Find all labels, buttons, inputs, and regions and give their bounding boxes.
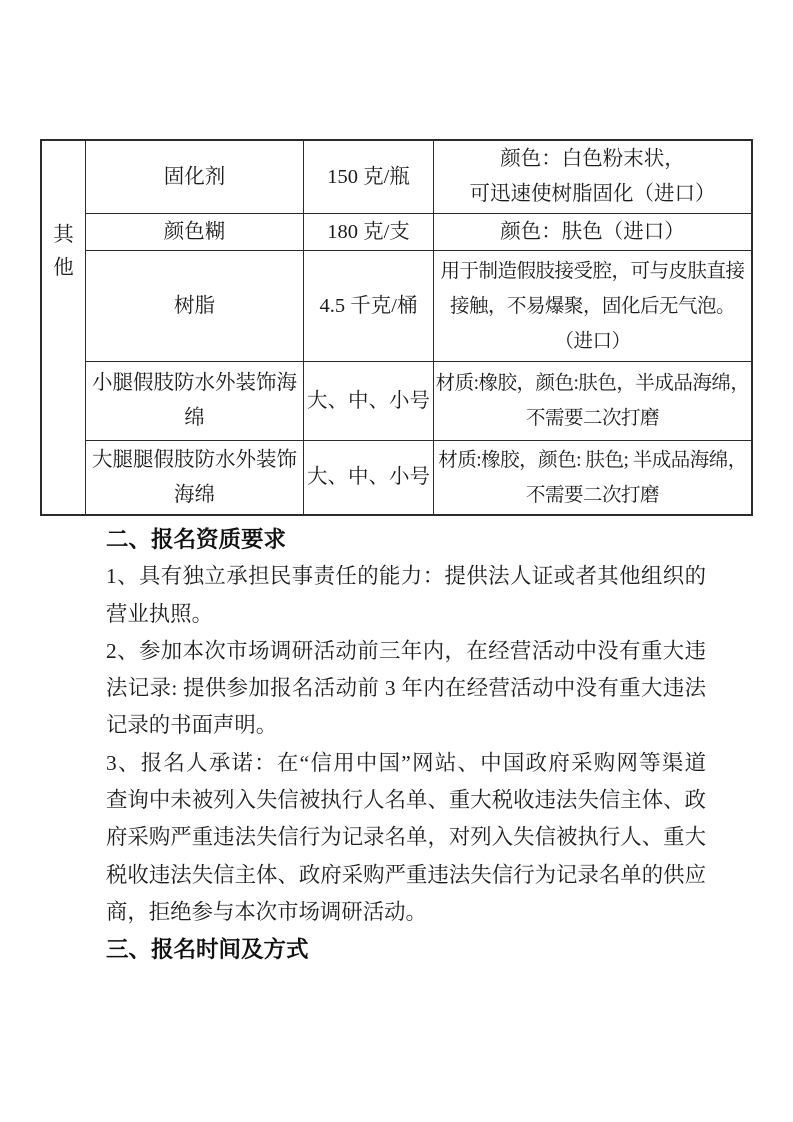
item-desc-line: 用于制造假肢接受腔，可与皮肤直接 <box>440 254 744 289</box>
table-cell-category-qita: 其 他 <box>42 141 86 514</box>
item-name-line: 大腿腿假肢防水外装饰 <box>92 443 297 478</box>
item-spec: 4.5 千克/桶 <box>320 289 418 324</box>
item-spec: 150 克/瓶 <box>327 160 410 195</box>
table-cell-item-spec: 4.5 千克/桶 <box>304 251 434 362</box>
item-name-line: 海绵 <box>174 478 215 513</box>
paragraph-2-line: 2、参加本次市场调研活动前三年内，在经营活动中没有重大违 <box>106 633 706 670</box>
table-cell-item-spec: 150 克/瓶 <box>304 141 434 214</box>
table-cell-item-spec: 180 克/支 <box>304 214 434 251</box>
category-label-char: 他 <box>53 252 74 285</box>
item-desc-line: 接触，不易爆聚，固化后无气泡。 <box>450 289 735 324</box>
item-spec: 大、中、小号 <box>307 460 430 495</box>
spec-table: 其 他 固化剂 150 克/瓶 颜色：白色粉末状， 可迅速使树脂固化（进口） 颜… <box>40 139 753 516</box>
category-label-char: 其 <box>53 219 74 252</box>
table-cell-item-name: 小腿假肢防水外装饰海 绵 <box>86 362 304 441</box>
table-cell-item-desc: 材质:橡胶，颜色:肤色，半成品海绵， 不需要二次打磨 <box>434 362 751 441</box>
document-page: 其 他 固化剂 150 克/瓶 颜色：白色粉末状， 可迅速使树脂固化（进口） 颜… <box>0 0 793 1122</box>
table-cell-item-name: 树脂 <box>86 251 304 362</box>
item-desc-line: 材质:橡胶，颜色: 肤色; 半成品海绵， <box>438 443 747 478</box>
paragraph-1-line: 营业执照。 <box>106 596 706 633</box>
body-text: 二、报名资质要求 1、具有独立承担民事责任的能力：提供法人证或者其他组织的 营业… <box>106 521 706 969</box>
item-name-line: 固化剂 <box>164 160 226 195</box>
table-cell-item-name: 固化剂 <box>86 141 304 214</box>
paragraph-3-line: 商，拒绝参与本次市场调研活动。 <box>106 894 706 931</box>
item-desc-line: 不需要二次打磨 <box>526 478 659 513</box>
section-heading-2: 二、报名资质要求 <box>106 521 706 558</box>
item-desc-line: 可迅速使树脂固化（进口） <box>470 177 716 212</box>
table-cell-item-desc: 材质:橡胶，颜色: 肤色; 半成品海绵， 不需要二次打磨 <box>434 441 751 514</box>
item-name-line: 绵 <box>184 401 205 436</box>
paragraph-3-line: 查询中未被列入失信被执行人名单、重大税收违法失信主体、政 <box>106 782 706 819</box>
item-name-line: 小腿假肢防水外装饰海 <box>92 366 297 401</box>
item-name-line: 颜色糊 <box>164 215 226 250</box>
item-spec: 180 克/支 <box>327 215 410 250</box>
table-cell-item-desc: 颜色：白色粉末状， 可迅速使树脂固化（进口） <box>434 141 751 214</box>
table-cell-item-name: 颜色糊 <box>86 214 304 251</box>
item-name-line: 树脂 <box>174 289 215 324</box>
table-cell-item-name: 大腿腿假肢防水外装饰 海绵 <box>86 441 304 514</box>
table-cell-item-spec: 大、中、小号 <box>304 441 434 514</box>
table-cell-item-spec: 大、中、小号 <box>304 362 434 441</box>
item-desc-line: （进口） <box>554 324 630 359</box>
item-desc-line: 不需要二次打磨 <box>526 401 659 436</box>
item-desc-line: 材质:橡胶，颜色:肤色，半成品海绵， <box>436 366 750 401</box>
paragraph-1-line: 1、具有独立承担民事责任的能力：提供法人证或者其他组织的 <box>106 558 706 595</box>
paragraph-3-line: 府采购严重违法失信行为记录名单，对列入失信被执行人、重大 <box>106 819 706 856</box>
item-desc-line: 颜色：白色粉末状， <box>500 142 685 177</box>
paragraph-3-line: 税收违法失信主体、政府采购严重违法失信行为记录名单的供应 <box>106 857 706 894</box>
paragraph-2-line: 法记录: 提供参加报名活动前 3 年内在经营活动中没有重大违法 <box>106 670 706 707</box>
table-cell-item-desc: 用于制造假肢接受腔，可与皮肤直接 接触，不易爆聚，固化后无气泡。 （进口） <box>434 251 751 362</box>
paragraph-2-line: 记录的书面声明。 <box>106 707 706 744</box>
table-cell-item-desc: 颜色：肤色（进口） <box>434 214 751 251</box>
item-spec: 大、中、小号 <box>307 384 430 419</box>
section-heading-3: 三、报名时间及方式 <box>106 931 706 968</box>
item-desc-line: 颜色：肤色（进口） <box>500 215 685 250</box>
paragraph-3-line: 3、报名人承诺：在“信用中国”网站、中国政府采购网等渠道 <box>106 745 706 782</box>
